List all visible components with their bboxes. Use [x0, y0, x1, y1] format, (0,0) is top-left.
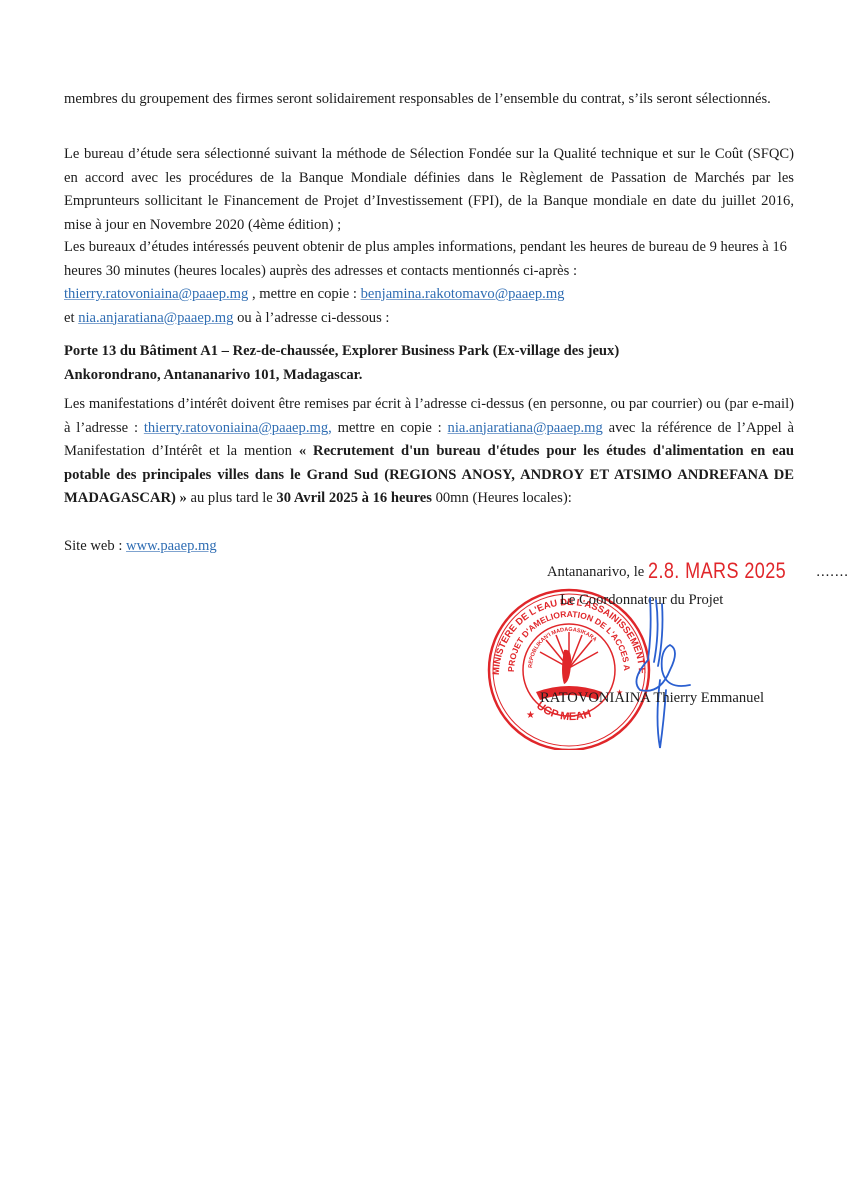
paragraph-selection-method: Le bureau d’étude sera sélectionné suiva…: [64, 143, 794, 237]
email-link-benjamina[interactable]: benjamina.rakotomavo@paaep.mg: [361, 286, 565, 302]
date-dots: ..........: [816, 564, 848, 580]
place-date-line: Antananarivo, le 2.8. MARS 2025.........…: [547, 556, 848, 582]
contacts-pre: et: [64, 310, 78, 326]
paragraph-submission: Les manifestations d’intérêt doivent êtr…: [64, 393, 794, 511]
email-link-nia-2[interactable]: nia.anjaratiana@paaep.mg: [448, 420, 603, 436]
handwritten-signature-icon: [600, 590, 710, 760]
signatory-name: RATOVONIAINA Thierry Emmanuel: [540, 690, 764, 707]
office-address: Porte 13 du Bâtiment A1 – Rez-de-chaussé…: [64, 340, 794, 387]
address-line-2: Ankorondrano, Antananarivo 101, Madagasc…: [64, 367, 362, 383]
place-label: Antananarivo, le: [547, 564, 648, 580]
submission-text-2: mettre en copie :: [332, 420, 448, 436]
deadline: 30 Avril 2025 à 16 heures: [276, 490, 432, 506]
website-label: Site web :: [64, 538, 126, 554]
contacts-intro: Les bureaux d’études intéressés peuvent …: [64, 239, 787, 279]
email-link-nia[interactable]: nia.anjaratiana@paaep.mg: [78, 310, 233, 326]
email-link-thierry-2[interactable]: thierry.ratovoniaina@paaep.mg,: [144, 420, 332, 436]
submission-text-5: 00mn (Heures locales):: [432, 490, 572, 506]
website-line: Site web : www.paaep.mg: [64, 535, 794, 559]
contacts-post: ou à l’adresse ci-dessous :: [233, 310, 389, 326]
svg-text:★: ★: [526, 710, 535, 721]
email-link-thierry[interactable]: thierry.ratovoniaina@paaep.mg: [64, 286, 248, 302]
contacts-sep: , mettre en copie :: [248, 286, 360, 302]
address-line-1: Porte 13 du Bâtiment A1 – Rez-de-chaussé…: [64, 343, 619, 359]
submission-text-4: au plus tard le: [187, 490, 277, 506]
paragraph-groupement: membres du groupement des firmes seront …: [64, 88, 794, 112]
website-link[interactable]: www.paaep.mg: [126, 538, 217, 554]
document-page: membres du groupement des firmes seront …: [0, 0, 848, 1200]
paragraph-contacts: Les bureaux d’études intéressés peuvent …: [64, 236, 794, 330]
date-stamp: 2.8. MARS 2025: [648, 558, 786, 584]
